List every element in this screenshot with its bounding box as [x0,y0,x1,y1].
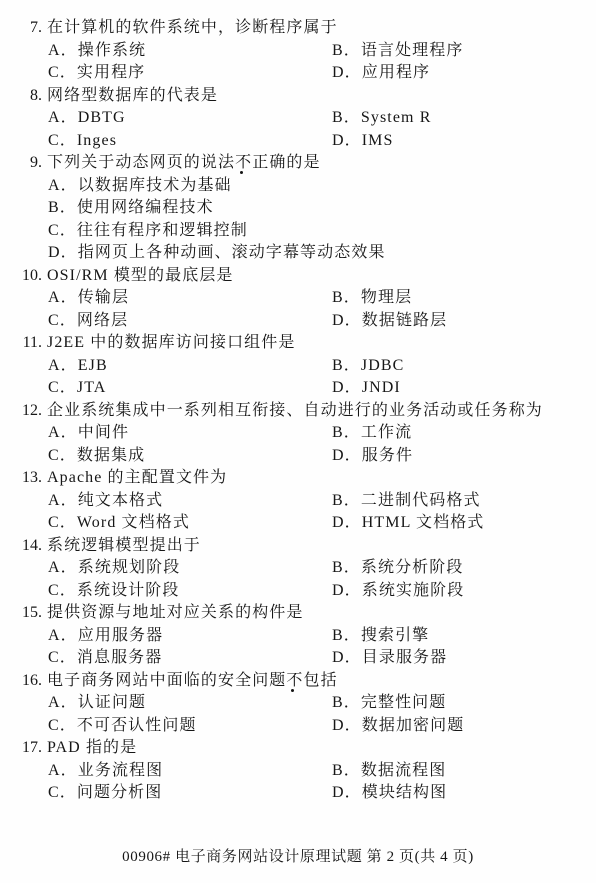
question-16: 16. 电子商务网站中面临的安全问题不包括 A．认证问题 B．完整性问题 C．不… [18,670,586,738]
option-b: B．使用网络编程技术 [18,197,586,220]
option-c: C．消息服务器 [48,647,332,670]
option-b: B．完整性问题 [332,692,446,715]
option-a: A．应用服务器 [48,625,332,648]
question-stem: 电子商务网站中面临的安全问题不包括 [47,670,338,693]
option-d: D．数据链路层 [332,310,447,333]
option-b: B．System R [332,107,431,130]
question-stem: PAD 指的是 [47,737,137,760]
option-c: C．网络层 [48,310,332,333]
option-b: B．系统分析阶段 [332,557,463,580]
option-c: C．JTA [48,377,332,400]
question-stem: Apache 的主配置文件为 [47,467,227,490]
option-d: D．IMS [332,130,394,153]
option-c: C．系统设计阶段 [48,580,332,603]
option-d: D．指网页上各种动画、滚动字幕等动态效果 [18,242,586,265]
option-d: D．JNDI [332,377,401,400]
exam-page: 7. 在计算机的软件系统中，诊断程序属于 A．操作系统 B．语言处理程序 C．实… [0,0,596,883]
question-15: 15. 提供资源与地址对应关系的构件是 A．应用服务器 B．搜索引擎 C．消息服… [18,602,586,670]
question-stem: J2EE 中的数据库访问接口组件是 [47,332,295,355]
option-a: A．DBTG [48,107,332,130]
option-c: C．实用程序 [48,62,332,85]
option-b: B．JDBC [332,355,404,378]
question-13: 13. Apache 的主配置文件为 A．纯文本格式 B．二进制代码格式 C．W… [18,467,586,535]
option-c: C．Inges [48,130,332,153]
option-d: D．HTML 文档格式 [332,512,484,535]
option-d: D．数据加密问题 [332,715,464,738]
page-footer: 00906# 电子商务网站设计原理试题 第 2 页(共 4 页) [0,845,596,866]
option-b: B．语言处理程序 [332,40,463,63]
question-number: 15. [18,602,42,625]
option-d: D．模块结构图 [332,782,447,805]
question-stem: 下列关于动态网页的说法不正确的是 [47,152,321,175]
option-a: A．认证问题 [48,692,332,715]
question-stem: OSI/RM 模型的最底层是 [47,265,234,288]
option-a: A．中间件 [48,422,332,445]
question-stem: 网络型数据库的代表是 [47,85,218,108]
option-c: C．往往有程序和逻辑控制 [18,220,586,243]
option-c: C．问题分析图 [48,782,332,805]
question-number: 12. [18,400,42,423]
question-number: 17. [18,737,42,760]
option-a: A．操作系统 [48,40,332,63]
question-number: 11. [18,332,42,355]
question-17: 17. PAD 指的是 A．业务流程图 B．数据流程图 C．问题分析图 D．模块… [18,737,586,805]
option-a: A．纯文本格式 [48,490,332,513]
option-d: D．服务件 [332,445,413,468]
option-b: B．数据流程图 [332,760,446,783]
option-d: D．系统实施阶段 [332,580,464,603]
option-d: D．目录服务器 [332,647,447,670]
question-stem: 企业系统集成中一系列相互衔接、自动进行的业务活动或任务称为 [47,400,543,423]
emphasized-char: 不 [286,672,303,689]
question-number: 13. [18,467,42,490]
option-c: C．不可否认性问题 [48,715,332,738]
question-8: 8. 网络型数据库的代表是 A．DBTG B．System R C．Inges … [18,85,586,153]
question-number: 8. [18,85,42,108]
option-a: A．EJB [48,355,332,378]
option-b: B．工作流 [332,422,412,445]
question-number: 10. [18,265,42,288]
question-number: 16. [18,670,42,693]
question-number: 7. [18,17,42,40]
question-stem: 提供资源与地址对应关系的构件是 [47,602,304,625]
option-b: B．二进制代码格式 [332,490,481,513]
question-14: 14. 系统逻辑模型提出于 A．系统规划阶段 B．系统分析阶段 C．系统设计阶段… [18,535,586,603]
option-a: A．传输层 [48,287,332,310]
option-c: C．数据集成 [48,445,332,468]
question-10: 10. OSI/RM 模型的最底层是 A．传输层 B．物理层 C．网络层 D．数… [18,265,586,333]
question-number: 9. [18,152,42,175]
emphasized-char: 不 [235,154,252,171]
option-d: D．应用程序 [332,62,430,85]
question-number: 14. [18,535,42,558]
question-7: 7. 在计算机的软件系统中，诊断程序属于 A．操作系统 B．语言处理程序 C．实… [18,17,586,85]
question-12: 12. 企业系统集成中一系列相互衔接、自动进行的业务活动或任务称为 A．中间件 … [18,400,586,468]
option-a: A．以数据库技术为基础 [18,175,586,198]
question-stem: 系统逻辑模型提出于 [47,535,201,558]
option-b: B．物理层 [332,287,412,310]
option-a: A．系统规划阶段 [48,557,332,580]
question-stem: 在计算机的软件系统中，诊断程序属于 [47,17,338,40]
option-c: C．Word 文档格式 [48,512,332,535]
question-9: 9. 下列关于动态网页的说法不正确的是 A．以数据库技术为基础 B．使用网络编程… [18,152,586,265]
option-a: A．业务流程图 [48,760,332,783]
question-11: 11. J2EE 中的数据库访问接口组件是 A．EJB B．JDBC C．JTA… [18,332,586,400]
option-b: B．搜索引擎 [332,625,429,648]
